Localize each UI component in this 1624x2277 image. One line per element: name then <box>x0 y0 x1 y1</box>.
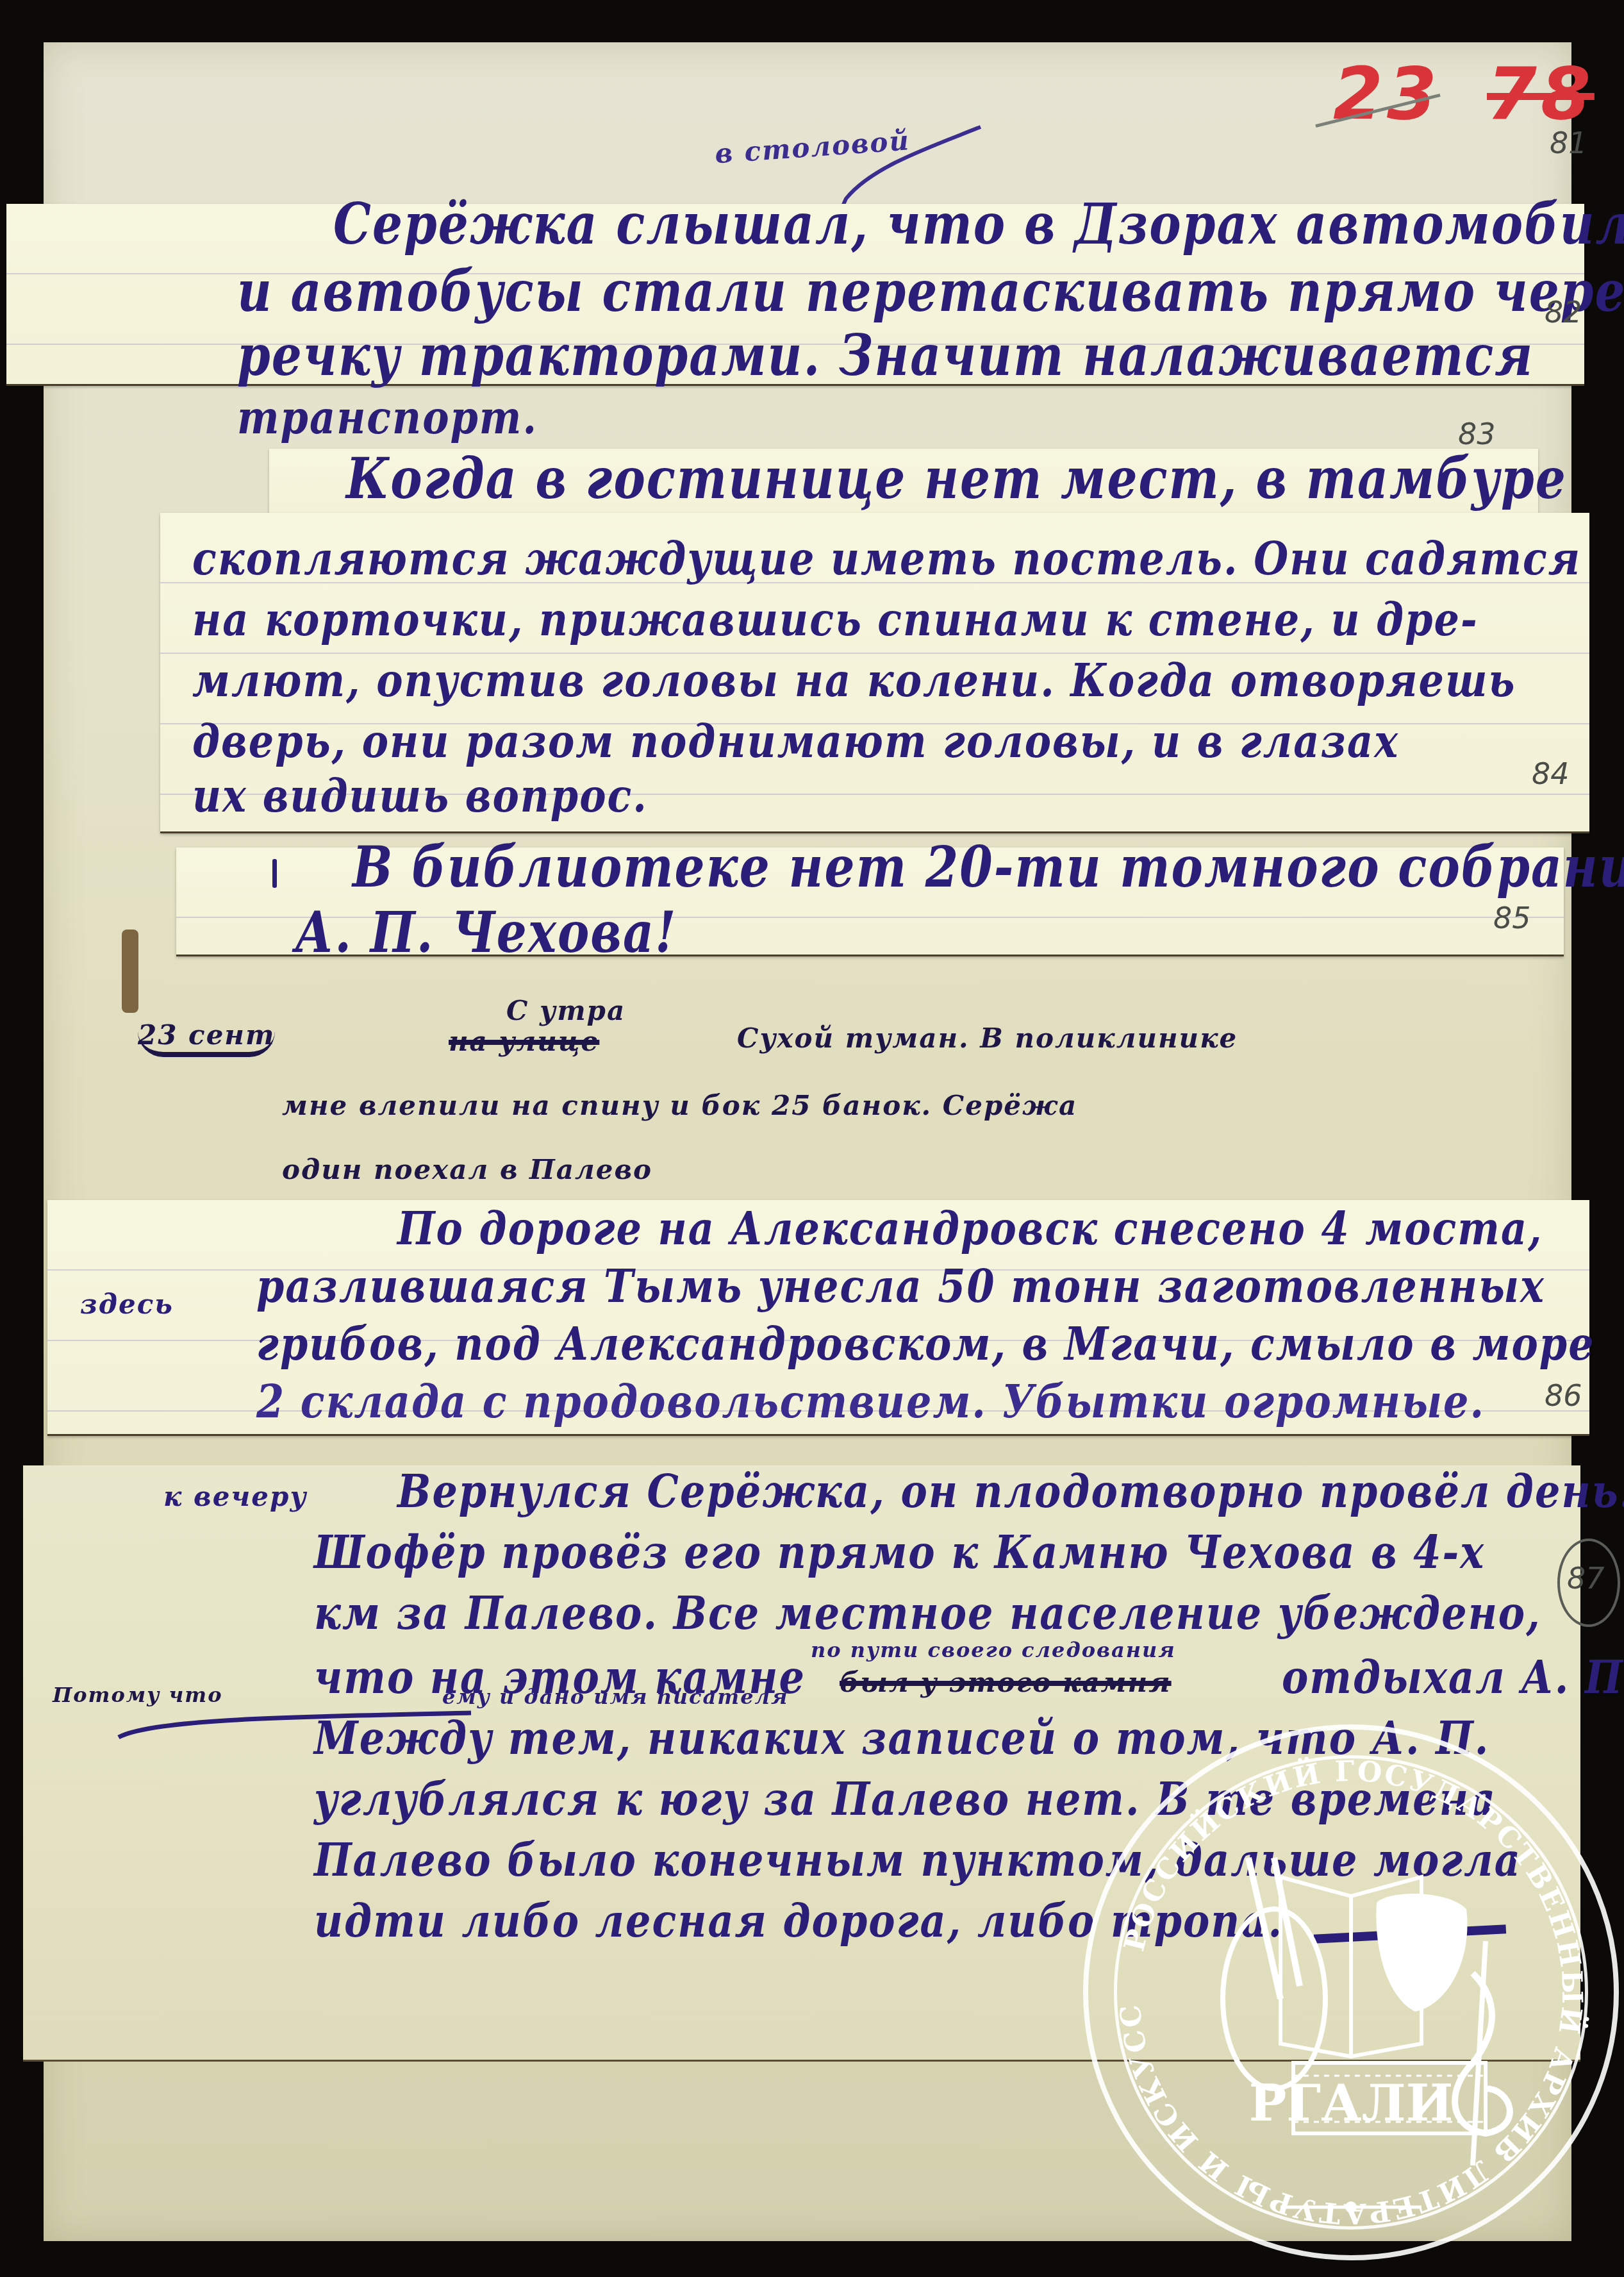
pencil-folio-84: 84 <box>1532 756 1570 791</box>
seal-abbreviation: РГАЛИ <box>1088 2074 1614 2133</box>
pencil-folio-85: 85 <box>1493 901 1531 935</box>
archive-seal: РОССИЙСКИЙ ГОСУДАРСТВЕННЫЙ АРХИВ ЛИТЕРАТ… <box>1083 1724 1619 2260</box>
handwritten-line: грибов, под Александровском, в Мгачи, см… <box>256 1317 1595 1371</box>
entry-date: 23 сент <box>138 1019 275 1057</box>
svg-text:РОССИЙСКИЙ ГОСУДАРСТВЕННЫЙ АРХ: РОССИЙСКИЙ ГОСУДАРСТВЕННЫЙ АРХИВ ЛИТЕРАТ… <box>1088 1730 1591 2230</box>
entry-crossed-word: на улице <box>449 1026 599 1057</box>
pencil-folio-87: 87 <box>1567 1561 1605 1596</box>
handwritten-line: Вернулся Серёжка, он плодотворно провёл … <box>397 1464 1624 1518</box>
handwritten-line: По дороге на Александровск снесено 4 мос… <box>397 1201 1543 1255</box>
handwritten-line: отдыхал А. П. <box>1282 1650 1624 1704</box>
handwritten-line: речку тракторами. Значит налаживается <box>237 324 1534 388</box>
handwritten-line: Когда в гостинице нет мест, в тамбуре <box>346 447 1567 512</box>
handwritten-line: Шофёр провёз его прямо к Камню Чехова в … <box>314 1525 1485 1579</box>
margin-note: Потому что <box>53 1683 223 1707</box>
handwritten-line: мне влепили на спину и бок 25 банок. Сер… <box>282 1090 1077 1121</box>
handwritten-line: их видишь вопрос. <box>192 769 648 822</box>
handwritten-line: А. П. Чехова! <box>295 901 677 965</box>
handwritten-line: Сухой туман. В поликлинике <box>737 1022 1238 1054</box>
handwritten-line: скопляются жаждущие иметь постель. Они с… <box>192 531 1581 585</box>
handwritten-line: разлившаяся Тымь унесла 50 тонн заготовл… <box>256 1259 1545 1313</box>
seal-graphics: РОССИЙСКИЙ ГОСУДАРСТВЕННЫЙ АРХИВ ЛИТЕРАТ… <box>1088 1730 1614 2255</box>
paper-stain <box>122 930 138 1013</box>
pencil-folio-86: 86 <box>1545 1378 1582 1413</box>
handwritten-line: транспорт. <box>237 390 538 444</box>
handwritten-line: 2 склада с продовольствием. Убытки огром… <box>256 1374 1485 1428</box>
insert-note: по пути своего следования <box>811 1638 1176 1662</box>
handwritten-line: на корточки, прижавшись спинами к стене,… <box>192 592 1479 646</box>
ink-mark <box>272 859 277 888</box>
handwritten-line: В библиотеке нет 20-ти томного собрания … <box>352 835 1624 900</box>
handwritten-line: дверь, они разом поднимают головы, и в г… <box>192 714 1399 768</box>
folio-number-crossed: 78 <box>1487 53 1595 136</box>
handwritten-line: км за Палево. Все местное население убеж… <box>314 1586 1541 1640</box>
theater-mask-icon <box>1376 1894 1467 2012</box>
handwritten-line: млют, опустив головы на колени. Когда от… <box>192 653 1516 707</box>
entry-insert: С утра <box>506 995 626 1026</box>
palette-icon <box>1223 1858 1325 2089</box>
handwritten-line: Серёжка слышал, что в Дзорах автомобили <box>333 192 1624 257</box>
pencil-folio-82: 82 <box>1545 295 1582 329</box>
handwritten-line: и автобусы стали перетаскивать прямо чер… <box>237 260 1624 324</box>
insert-note: ему и дано имя писателя <box>442 1685 788 1709</box>
pencil-folio-81: 81 <box>1550 126 1587 160</box>
margin-note: здесь <box>80 1289 174 1320</box>
handwritten-line: один поехал в Палево <box>282 1154 652 1185</box>
margin-note: к вечеру <box>163 1481 308 1512</box>
folio-number-red: 23 <box>1333 53 1441 136</box>
crossed-phrase: был у этого камня <box>840 1667 1172 1698</box>
